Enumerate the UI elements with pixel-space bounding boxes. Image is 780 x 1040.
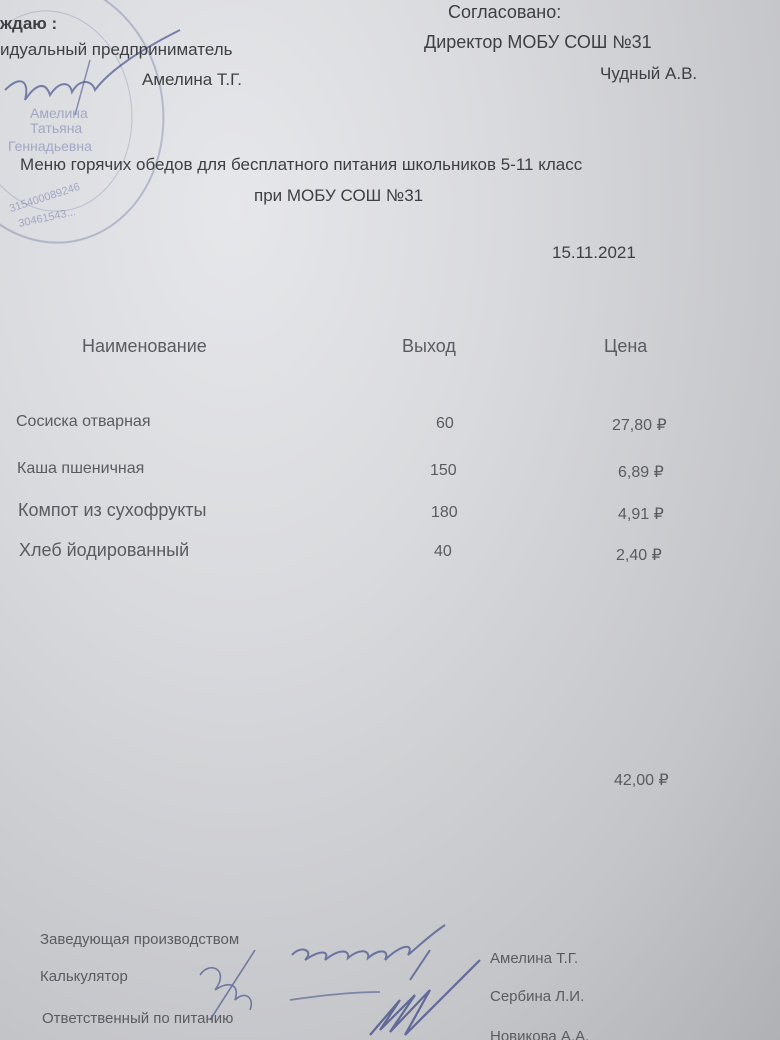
agreed-name: Чудный А.В. — [600, 64, 697, 84]
agreed-label: Согласовано: — [448, 2, 561, 23]
approve-role: идуальный предприниматель — [0, 40, 233, 60]
agreed-role: Директор МОБУ СОШ №31 — [424, 32, 652, 53]
item-name: Хлеб йодированный — [19, 540, 189, 561]
signature-name-production: Амелина Т.Г. — [490, 950, 578, 967]
item-price: 27,80 ₽ — [612, 415, 667, 435]
item-output: 180 — [431, 504, 458, 522]
column-header-output: Выход — [402, 336, 456, 357]
document-title: Меню горячих обедов для бесплатного пита… — [20, 155, 582, 175]
item-name: Каша пшеничная — [17, 460, 144, 478]
item-name: Компот из сухофрукты — [18, 500, 206, 521]
item-price: 2,40 ₽ — [616, 545, 662, 565]
signature-name-calculator: Сербина Л.И. — [490, 988, 584, 1005]
item-output: 60 — [436, 415, 454, 433]
signature-role-calculator: Калькулятор — [40, 968, 128, 985]
stamp-first-name: Татьяна — [30, 120, 82, 136]
stamp-patronymic: Геннадьевна — [8, 138, 92, 154]
document-date: 15.11.2021 — [552, 243, 636, 263]
column-header-name: Наименование — [82, 336, 207, 357]
approve-name: Амелина Т.Г. — [142, 70, 242, 90]
item-output: 150 — [430, 462, 457, 480]
approve-label: ждаю : — [0, 14, 57, 34]
document-subtitle: при МОБУ СОШ №31 — [254, 186, 423, 206]
item-name: Сосиска отварная — [16, 413, 150, 431]
item-price: 4,91 ₽ — [618, 504, 664, 524]
handwritten-signatures — [180, 920, 500, 1040]
signature-name-nutrition: Новикова А.А. — [490, 1028, 589, 1040]
item-output: 40 — [434, 543, 452, 561]
column-header-price: Цена — [604, 336, 647, 357]
item-price: 6,89 ₽ — [618, 462, 664, 482]
total-price: 42,00 ₽ — [614, 770, 669, 790]
